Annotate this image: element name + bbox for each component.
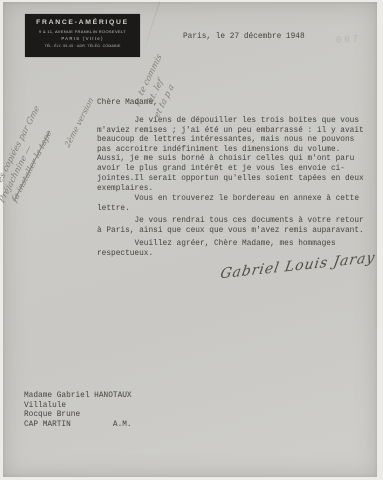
salutation: Chère Madame, [97, 99, 158, 109]
org-address: 9 & 11, AVENUE FRANKLIN ROOSEVELT [25, 26, 140, 34]
paragraph-3: Vous en trouverez le bordereau en annexe… [97, 195, 373, 214]
org-name: FRANCE-AMÉRIQUE [25, 14, 140, 26]
date-line: Paris, le 27 décembre 1948 [183, 33, 305, 43]
recipient-address: Madame Gabriel HANOTAUX Villalule Rocque… [24, 392, 132, 430]
org-city: PARIS (VIIIe) [25, 34, 140, 41]
letterhead-box: FRANCE-AMÉRIQUE 9 & 11, AVENUE FRANKLIN … [25, 14, 140, 57]
org-contact: TÉL. ÉLY. 59-45 · ADR. TÉLÉG. COMABIE [25, 41, 140, 48]
scanned-letter: FRANCE-AMÉRIQUE 9 & 11, AVENUE FRANKLIN … [0, 0, 383, 480]
archive-stamp: 007 [336, 33, 361, 45]
paragraph-2: Il serait opportun qu'elles soient tapée… [97, 175, 373, 194]
paragraph-4: Je vous rendrai tous ces documents à vot… [97, 217, 373, 236]
